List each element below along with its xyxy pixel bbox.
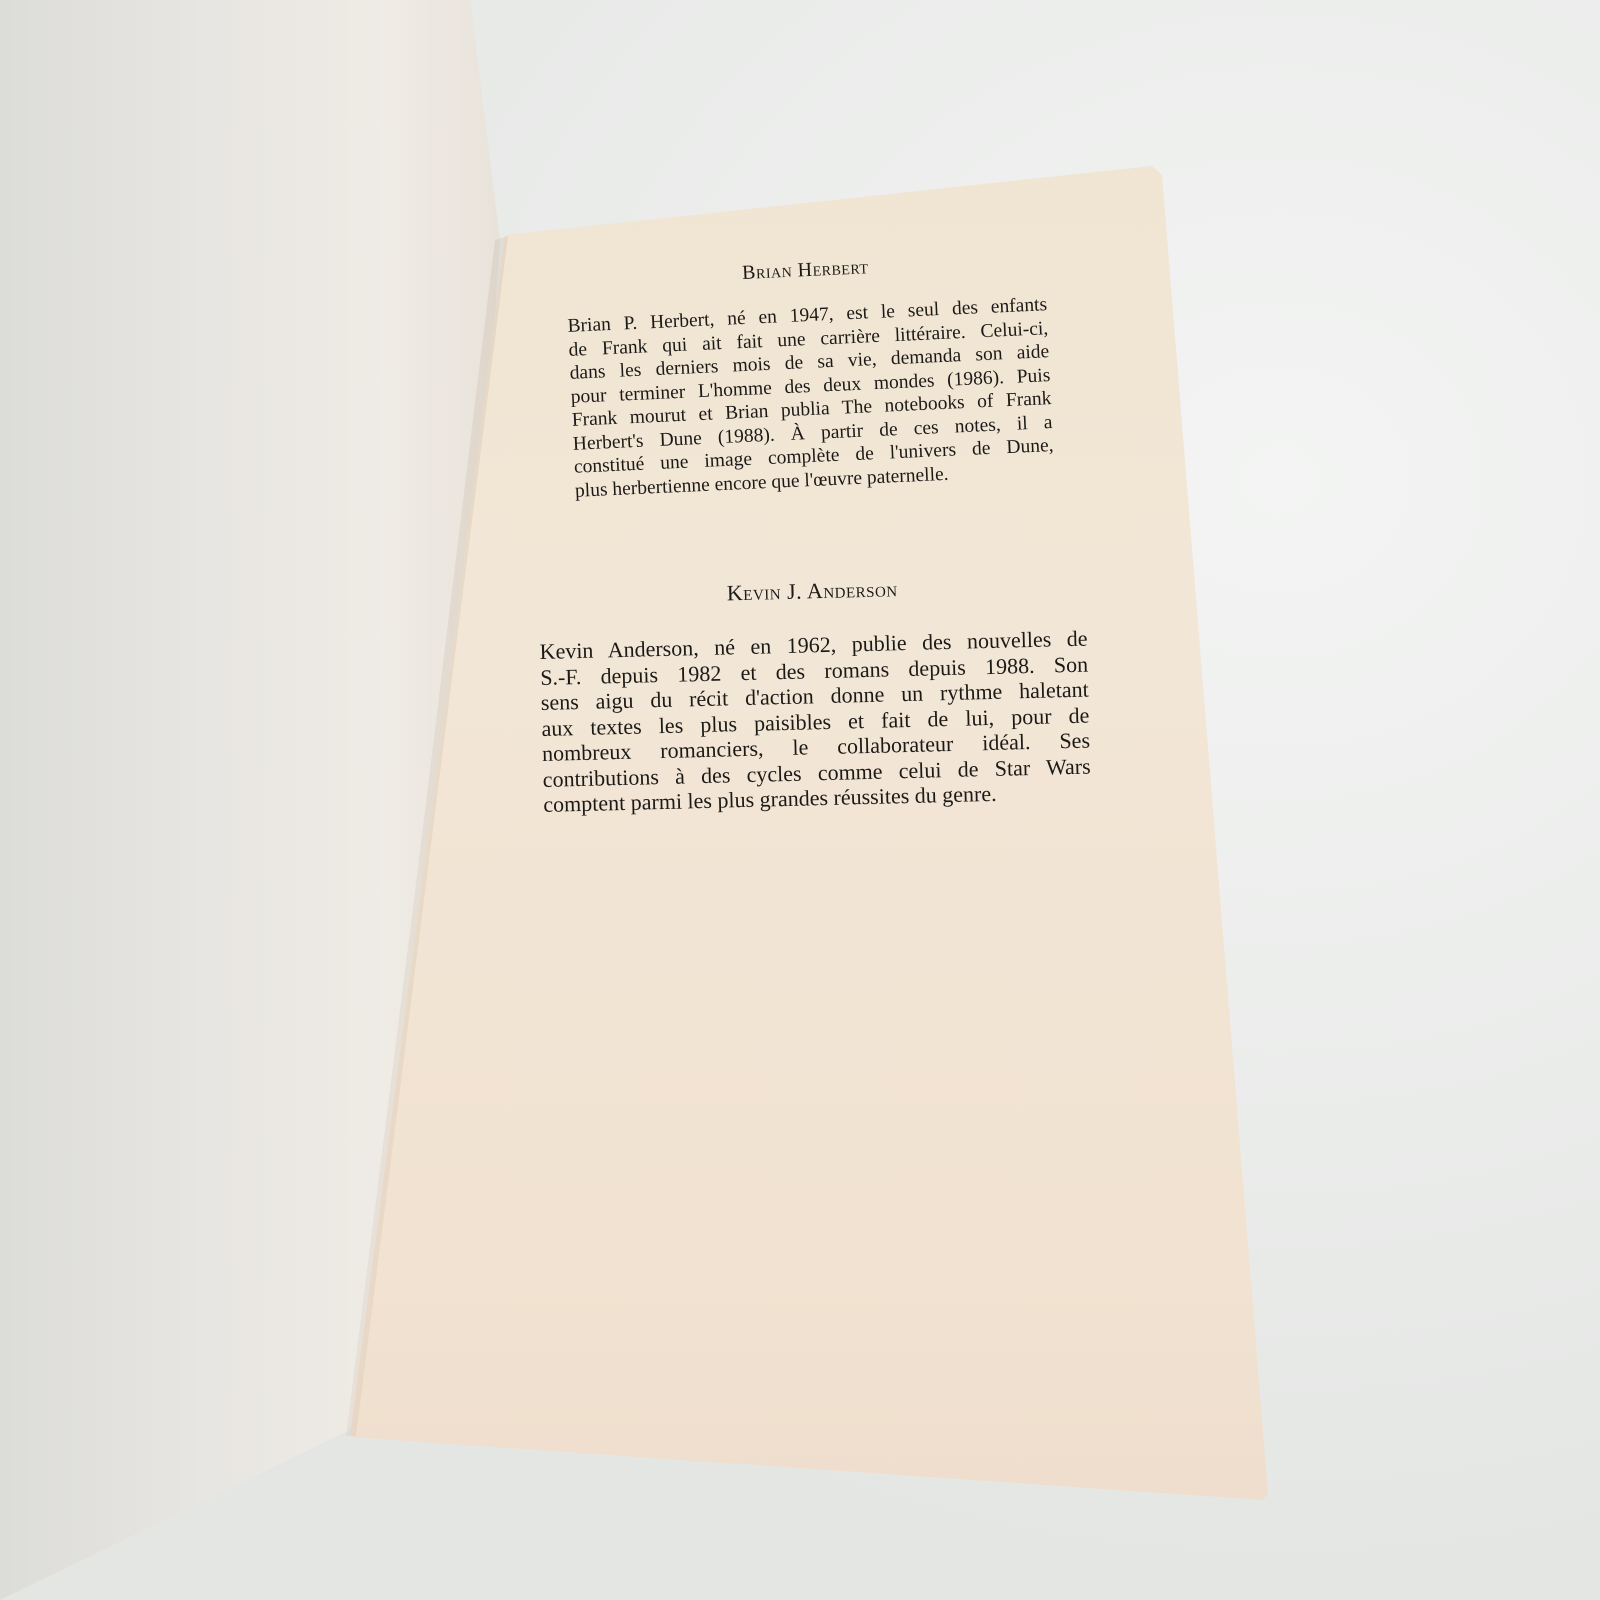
section-paragraph: Kevin Anderson, né en 1962, publie des n… bbox=[539, 626, 1091, 818]
kevin-anderson-section: Kevin J. Anderson Kevin Anderson, né en … bbox=[538, 572, 1092, 818]
brian-herbert-section: Brian Herbert Brian P. Herbert, né en 19… bbox=[565, 248, 1055, 503]
section-paragraph: Brian P. Herbert, né en 1947, est le seu… bbox=[567, 293, 1055, 503]
